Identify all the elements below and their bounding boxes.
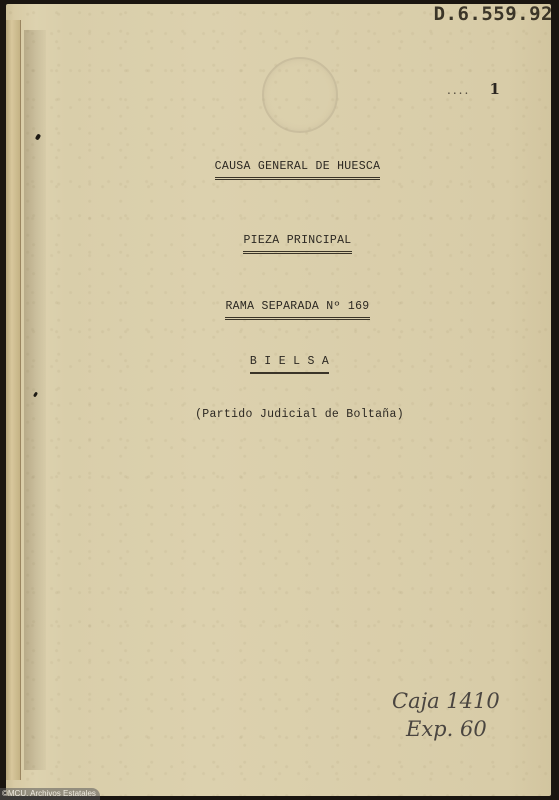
handwritten-annotation: Caja 1410 Exp. 60 [392, 687, 500, 743]
judicial-district: (Partido Judicial de Boltaña) [195, 408, 404, 421]
box-number: Caja 1410 [392, 687, 500, 715]
embossed-seal [262, 57, 338, 133]
folio-number: .... 1 [447, 80, 500, 98]
catalog-number-stamp: D.6.559.92 [434, 3, 553, 25]
file-number: Exp. 60 [406, 715, 500, 743]
copyright-watermark: ©MCU. Archivos Estatales [0, 788, 100, 800]
folio-page-number: 1 [490, 80, 500, 98]
district-line: (Partido Judicial de Boltaña) [20, 408, 559, 421]
section-line: PIEZA PRINCIPAL [18, 234, 559, 254]
title-line: CAUSA GENERAL DE HUESCA [18, 160, 559, 180]
page-shadow [24, 30, 46, 770]
folio-marks: .... [447, 83, 470, 97]
place-name: B I E L S A [250, 355, 329, 374]
branch-line: RAMA SEPARADA Nº 169 [18, 300, 559, 320]
place-line: B I E L S A [10, 355, 559, 374]
folded-left-edge [6, 20, 21, 780]
torn-right-edge [551, 430, 559, 790]
document-title: CAUSA GENERAL DE HUESCA [215, 160, 381, 180]
branch-number: RAMA SEPARADA Nº 169 [225, 300, 369, 320]
section-heading: PIEZA PRINCIPAL [243, 234, 351, 254]
